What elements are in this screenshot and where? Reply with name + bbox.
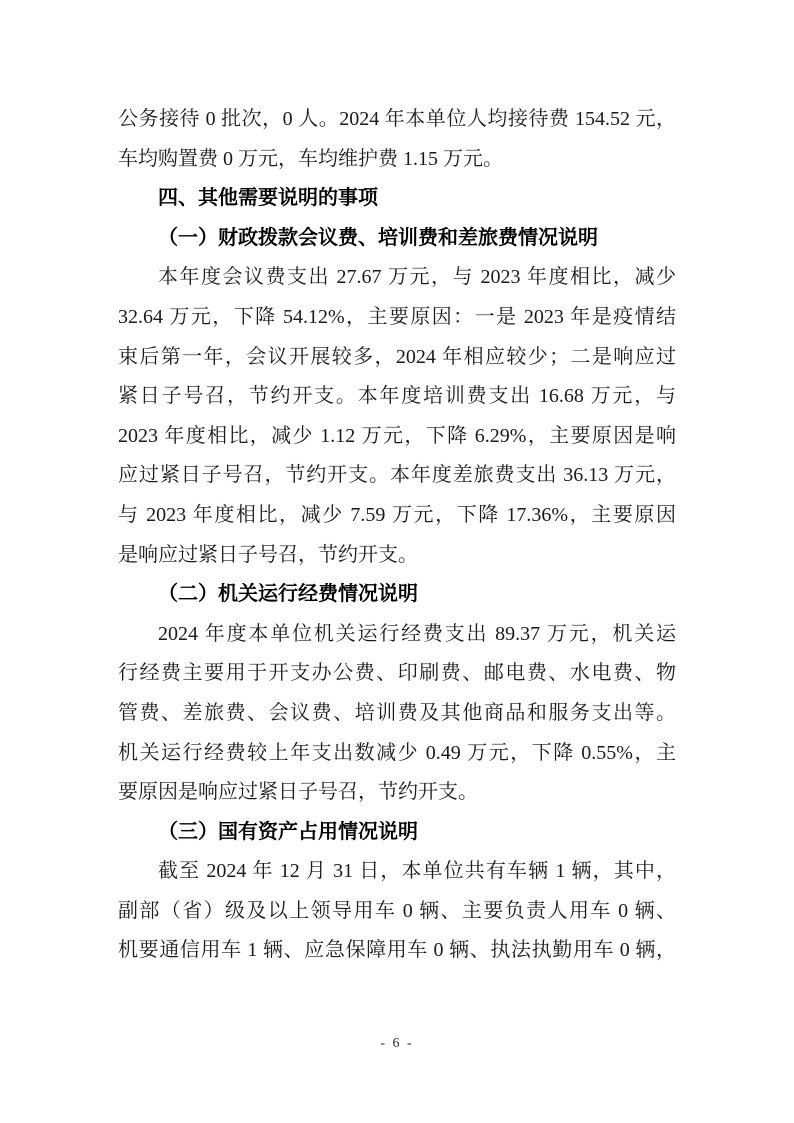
body-text-line: 2024 年度本单位机关运行经费支出 89.37 万元，机关运 [118,615,676,655]
body-text-line: 2023 年度相比，减少 1.12 万元，下降 6.29%，主要原因是响 [118,417,676,457]
body-text-line: 要原因是响应过紧日子号召，节约开支。 [118,773,676,813]
body-text-line: 束后第一年，会议开展较多，2024 年相应较少；二是响应过 [118,338,676,378]
document-body: 公务接待 0 批次，0 人。2024 年本单位人均接待费 154.52 元，车均… [118,100,676,971]
page: 公务接待 0 批次，0 人。2024 年本单位人均接待费 154.52 元，车均… [0,0,794,1123]
body-text-line: 副部（省）级及以上领导用车 0 辆、主要负责人用车 0 辆、 [118,892,676,932]
body-text-line: 本年度会议费支出 27.67 万元，与 2023 年度相比，减少 [118,258,676,298]
subsection-heading: （一）财政拨款会议费、培训费和差旅费情况说明 [118,219,676,259]
body-text-line: 紧日子号召，节约开支。本年度培训费支出 16.68 万元，与 [118,377,676,417]
section-heading: 四、其他需要说明的事项 [118,179,676,219]
body-text-line: 行经费主要用于开支办公费、印刷费、邮电费、水电费、物 [118,654,676,694]
body-text-line: 截至 2024 年 12 月 31 日，本单位共有车辆 1 辆，其中， [118,852,676,892]
body-text-line: 机关运行经费较上年支出数减少 0.49 万元，下降 0.55%，主 [118,734,676,774]
body-text-line: 公务接待 0 批次，0 人。2024 年本单位人均接待费 154.52 元， [118,100,676,140]
body-text-line: 应过紧日子号召，节约开支。本年度差旅费支出 36.13 万元， [118,456,676,496]
body-text-line: 是响应过紧日子号召，节约开支。 [118,536,676,576]
subsection-heading: （三）国有资产占用情况说明 [118,813,676,853]
body-text-line: 机要通信用车 1 辆、应急保障用车 0 辆、执法执勤用车 0 辆， [118,931,676,971]
page-footer: - 6 - [0,1034,794,1054]
page-number: - 6 - [380,1036,413,1051]
subsection-heading: （二）机关运行经费情况说明 [118,575,676,615]
body-text-line: 车均购置费 0 万元，车均维护费 1.15 万元。 [118,140,676,180]
body-text-line: 管费、差旅费、会议费、培训费及其他商品和服务支出等。 [118,694,676,734]
body-text-line: 32.64 万元，下降 54.12%，主要原因：一是 2023 年是疫情结 [118,298,676,338]
body-text-line: 与 2023 年度相比，减少 7.59 万元，下降 17.36%，主要原因 [118,496,676,536]
